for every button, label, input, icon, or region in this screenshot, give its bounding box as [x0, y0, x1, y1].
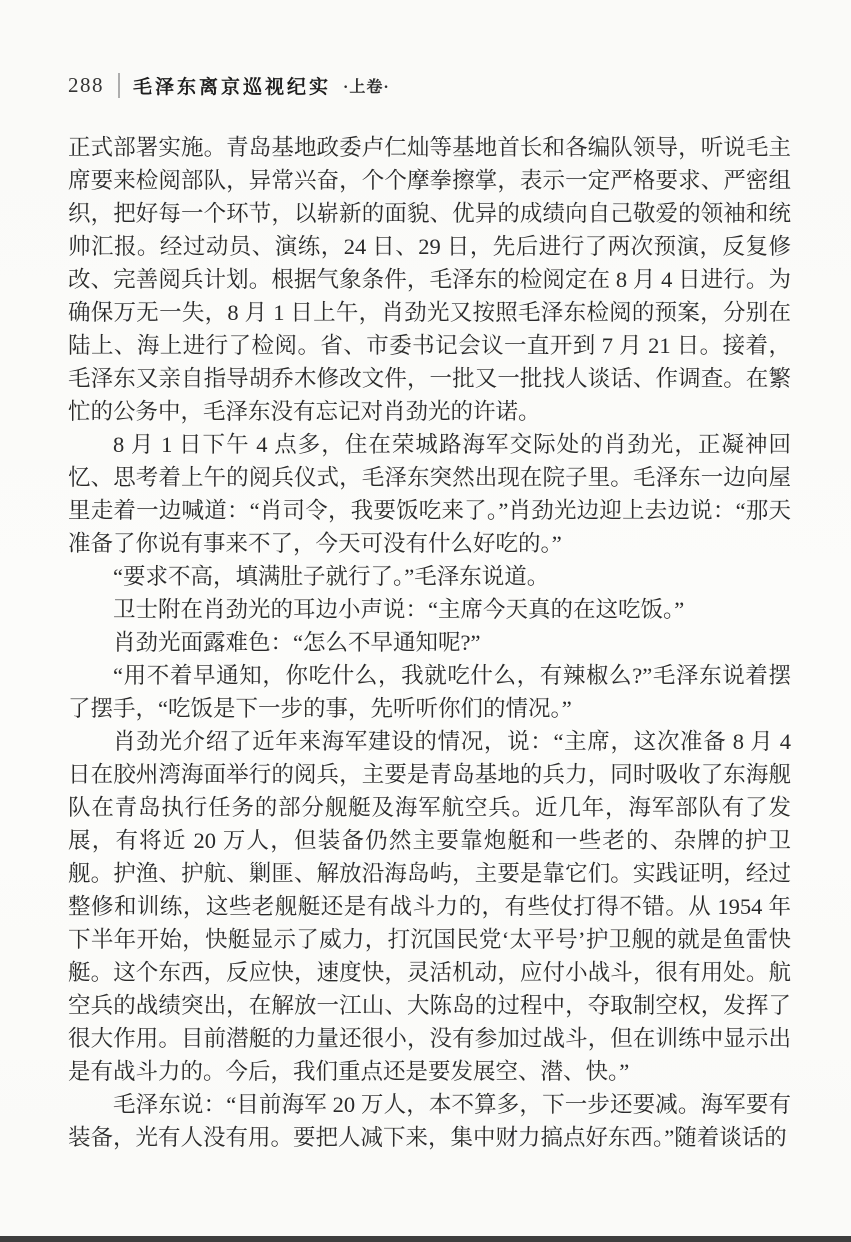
paragraph: “要求不高，填满肚子就行了。”毛泽东说道。 [68, 560, 791, 593]
page-body: 正式部署实施。青岛基地政委卢仁灿等基地首长和各编队领导，听说毛主席要来检阅部队，… [68, 131, 791, 1154]
scan-edge-bottom [0, 1236, 851, 1242]
paragraph: 正式部署实施。青岛基地政委卢仁灿等基地首长和各编队领导，听说毛主席要来检阅部队，… [68, 131, 791, 428]
header-divider [118, 73, 120, 98]
paragraph: “用不着早通知，你吃什么，我就吃什么，有辣椒么?”毛泽东说着摆了摆手，“吃饭是下… [68, 659, 791, 725]
book-page: 288 毛泽东离京巡视纪实 ·上卷· 正式部署实施。青岛基地政委卢仁灿等基地首长… [0, 0, 851, 1242]
volume-label: ·上卷· [343, 74, 390, 97]
paragraph: 卫士附在肖劲光的耳边小声说：“主席今天真的在这吃饭。” [68, 593, 791, 626]
paragraph: 肖劲光面露难色：“怎么不早通知呢?” [68, 626, 791, 659]
paragraph: 毛泽东说：“目前海军 20 万人，本不算多，下一步还要减。海军要有装备，光有人没… [68, 1088, 791, 1154]
running-header: 288 毛泽东离京巡视纪实 ·上卷· [68, 72, 390, 99]
page-number: 288 [68, 73, 104, 98]
paragraph: 肖劲光介绍了近年来海军建设的情况，说：“主席，这次准备 8 月 4 日在胶州湾海… [68, 725, 791, 1088]
paragraph: 8 月 1 日下午 4 点多，住在荣城路海军交际处的肖劲光，正凝神回忆、思考着上… [68, 428, 791, 560]
book-title: 毛泽东离京巡视纪实 [133, 72, 331, 99]
